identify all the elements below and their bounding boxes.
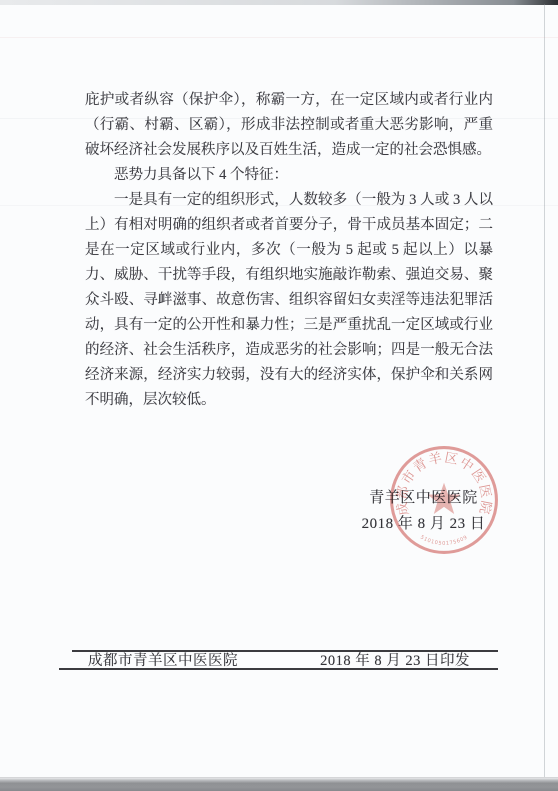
signature-date: 2018 年 8 月 23 日 [351, 512, 496, 538]
scan-page-edge-line [544, 4, 545, 778]
signature-organization: 青羊区中医医院 [351, 486, 496, 512]
footer-rule-bottom [59, 668, 498, 670]
footer-print-date: 2018 年 8 月 23 日印发 [320, 649, 470, 670]
body-text: 庇护或者纵容（保护伞），称霸一方，在一定区域内或者行业内（行霸、村霸、区霸），形… [85, 88, 493, 413]
signature-block: 青羊区中医医院 2018 年 8 月 23 日 [351, 486, 496, 537]
paragraph-features-detail: 一是具有一定的组织形式，人数较多（一般为 3 人或 3 人以上）有相对明确的组织… [85, 188, 493, 413]
scan-bottom-strip [0, 777, 558, 791]
scan-artifact-line [0, 37, 558, 38]
paragraph-continuation: 庇护或者纵容（保护伞），称霸一方，在一定区域内或者行业内（行霸、村霸、区霸），形… [85, 88, 493, 163]
scan-top-edge-artifact [0, 0, 558, 5]
footer-issuer: 成都市青羊区中医医院 [88, 649, 238, 670]
document-page: 庇护或者纵容（保护伞），称霸一方，在一定区域内或者行业内（行霸、村霸、区霸），形… [0, 0, 558, 791]
footer: 成都市青羊区中医医院 2018 年 8 月 23 日印发 [88, 651, 470, 667]
paragraph-features-intro: 恶势力具备以下 4 个特征： [85, 163, 493, 188]
